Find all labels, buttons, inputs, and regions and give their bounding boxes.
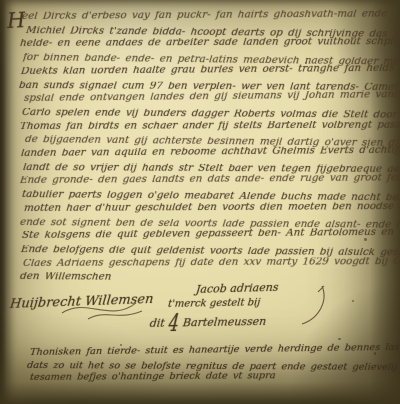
manuscript-photo: H eel Dircks d'erbeso vay fan puckr- fan… (0, 0, 400, 404)
text-line: eel Dircks d'erbeso vay fan puckr- fan h… (22, 9, 400, 22)
ink-speck (338, 338, 341, 340)
text-line: Ende belofgens die quit geldenist voorts… (20, 245, 400, 258)
signature-mark-holder: dit4Bartelmeussen (149, 310, 267, 331)
ink-speck (374, 352, 376, 355)
signature-right-name: Jacob adriaens (195, 281, 279, 296)
text-line: den Willemschen (19, 272, 135, 283)
text-line: Carlo spelen ende vij bunders dagger Rob… (21, 108, 400, 121)
text-line: Ste kolsgens die quit gebleven gepasseer… (22, 228, 400, 241)
mark-holder-name: Bartelmeussen (182, 315, 267, 329)
notarial-mark: 4 (167, 308, 180, 337)
photo-edge-bottom (0, 382, 400, 404)
signature-mark-intro: t'merck gestelt bij (167, 297, 260, 310)
ink-speck (352, 300, 354, 302)
mark-flourish (296, 284, 330, 328)
text-line: helde- en eene andaes de arbeiter sade l… (20, 37, 400, 49)
text-line: landen baer van aquila en reboome achtha… (21, 146, 400, 159)
text-line: Duekts klan uorden haalte grau burles ve… (21, 63, 400, 76)
ink-speck (120, 344, 122, 346)
ink-speck (305, 62, 307, 64)
text-line: Thomas fan birdts en schaer ander fij st… (19, 120, 400, 131)
signature-flourish (58, 293, 148, 323)
ink-speck (364, 238, 367, 241)
text-line: Ende gronde- den gaes landts en dats and… (20, 174, 400, 187)
postscript-line: Thonisken fan tierde- stuit es haneartij… (30, 343, 400, 358)
mark-holder-prefix: dit (149, 317, 165, 330)
text-line: motten haer d'huur geschuldet ben voorts… (24, 202, 400, 214)
text-line: Claes Adriaens geschapens fij date den x… (23, 257, 400, 269)
text-line: spslal ende ontvangen landes den gij sie… (24, 90, 400, 104)
photo-edge-left (0, 0, 6, 404)
paper-stain (0, 310, 170, 404)
postscript-line: tesamen befjes o'hantinge brieck date vt… (30, 371, 319, 383)
postscript-line: dats zo uit het so se belofste regnitus … (26, 361, 398, 372)
